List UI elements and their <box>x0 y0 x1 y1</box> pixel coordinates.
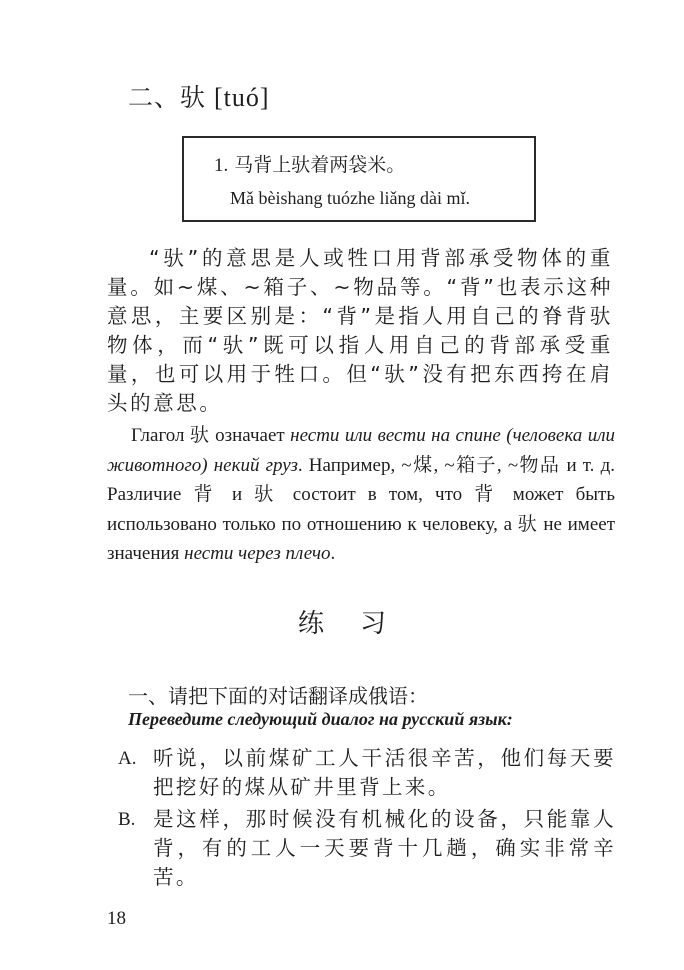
dialog-label-a: A. <box>118 744 136 773</box>
dialog-line-b: B. 是这样，那时候没有机械化的设备，只能靠人背，有的工人一天要背十几趟，确实非… <box>118 805 616 892</box>
example-pinyin: Mǎ bèishang tuózhe liǎng dài mǐ. <box>230 188 470 209</box>
exercises-title: 练习 <box>0 603 684 640</box>
task-instruction-chinese: 一、请把下面的对话翻译成俄语： <box>128 680 428 709</box>
task-instruction-russian: Переведите следующий диалог на русский я… <box>128 709 513 730</box>
explanation-russian: Глагол 驮 означает нести или вести на спи… <box>107 421 615 569</box>
dialog-text-a: 听说，以前煤矿工人干活很辛苦，他们每天要把挖好的煤从矿井里背上来。 <box>153 744 616 802</box>
example-sentence: 1.马背上驮着两袋米。 <box>214 150 405 177</box>
dialog-text-b: 是这样，那时候没有机械化的设备，只能靠人背，有的工人一天要背十几趟，确实非常辛苦… <box>153 805 616 892</box>
example-number: 1. <box>214 155 228 176</box>
section-heading: 二、驮[tuó] <box>128 78 270 114</box>
dialog-label-b: B. <box>118 805 135 834</box>
ru-italic-2: нести через плечо <box>184 543 330 564</box>
example-box: 1.马背上驮着两袋米。 Mǎ bèishang tuózhe liǎng dài… <box>182 136 536 222</box>
page-number: 18 <box>107 908 126 930</box>
explanation-chinese: “驮”的意思是人或牲口用背部承受物体的重量。如~煤、~箱子、~物品等。“背”也表… <box>107 244 613 418</box>
section-title: 二、驮 <box>128 83 206 112</box>
section-pinyin: [tuó] <box>214 83 270 112</box>
ru-text-3: . <box>331 543 336 564</box>
example-chinese: 马背上驮着两袋米。 <box>234 154 405 176</box>
dialog-line-a: A. 听说，以前煤矿工人干活很辛苦，他们每天要把挖好的煤从矿井里背上来。 <box>118 744 616 802</box>
ru-text-1: Глагол 驮 означает <box>131 425 290 446</box>
